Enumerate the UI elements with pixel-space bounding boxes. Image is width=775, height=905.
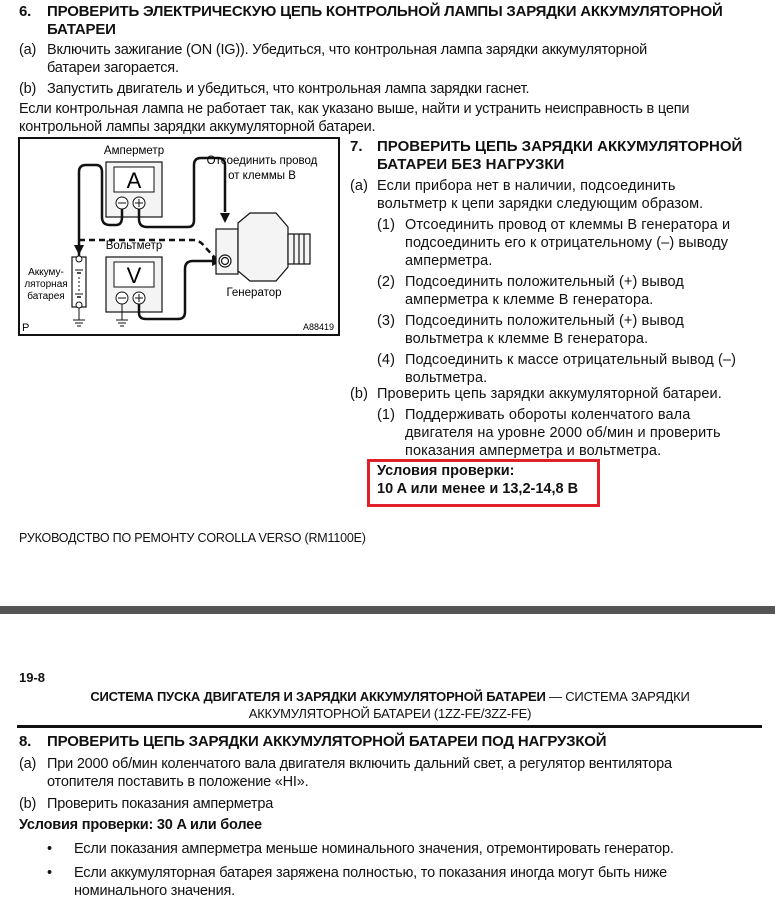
substep-text: показания амперметра и вольтметра. [405, 442, 661, 460]
test-condition-highlight: Условия проверки: 10 A или менее и 13,2-… [367, 459, 600, 507]
svg-text:A88419: A88419 [303, 322, 334, 332]
section-7-step-a-line1: Если прибора нет в наличии, подсоединить [377, 177, 675, 195]
svg-text:A: A [127, 168, 142, 193]
section-6-title-line2: БАТАРЕИ [47, 21, 116, 39]
substep-text: амперметра. [405, 252, 492, 270]
section-6-step-a-tag: (a) [19, 41, 36, 59]
condition-value: 10 A или менее и 13,2-14,8 B [370, 480, 597, 498]
bullet-text: Если аккумуляторная батарея заряжена пол… [74, 864, 667, 882]
section-7-title-line2: БАТАРЕИ БЕЗ НАГРУЗКИ [377, 155, 564, 174]
svg-text:ляторная: ляторная [24, 279, 67, 290]
section-8-step-a-line1: При 2000 об/мин коленчатого вала двигате… [47, 755, 672, 773]
substep-tag: (4) [377, 351, 395, 369]
system-header-rest-1: — СИСТЕМА ЗАРЯДКИ [546, 689, 690, 704]
section-7-step-a-tag: (a) [350, 177, 368, 195]
section-8-step-a-tag: (a) [19, 755, 36, 773]
substep-tag: (3) [377, 312, 395, 330]
page-separator [0, 606, 775, 614]
voltmeter-icon: V [106, 257, 162, 312]
substep-text: Подсоединить положительный (+) вывод [405, 273, 684, 291]
svg-text:Амперметр: Амперметр [104, 145, 164, 157]
section-8-number: 8. [19, 733, 31, 751]
bullet-icon: • [47, 840, 52, 858]
svg-text:Генератор: Генератор [226, 287, 281, 299]
substep-tag: (1) [377, 216, 395, 234]
section-6-step-a-line2: батареи загорается. [47, 59, 179, 77]
manual-footer: РУКОВОДСТВО ПО РЕМОНТУ COROLLA VERSO (RM… [19, 531, 366, 545]
substep-text: Подсоединить положительный (+) вывод [405, 312, 684, 330]
section-8-title: ПРОВЕРИТЬ ЦЕПЬ ЗАРЯДКИ АККУМУЛЯТОРНОЙ БА… [47, 733, 606, 751]
substep-tag: (1) [377, 406, 395, 424]
section-6-note-line1: Если контрольная лампа не работает так, … [19, 100, 689, 118]
substep-text: Поддерживать обороты коленчатого вала [405, 406, 690, 424]
section-7-step-a-line2: вольтметр к цепи зарядки следующим образ… [377, 195, 703, 213]
section-8-step-b: Проверить показания амперметра [47, 795, 273, 813]
ammeter-icon: A [106, 162, 162, 217]
substep-tag: (2) [377, 273, 395, 291]
wiring-diagram: A Амперметр V Вольтметр [18, 137, 340, 336]
section-6-number: 6. [19, 3, 31, 21]
section-6-step-a-line1: Включить зажигание (ON (IG)). Убедиться,… [47, 41, 647, 59]
section-7-step-b: Проверить цепь зарядки аккумуляторной ба… [377, 385, 722, 403]
section-6-title-line1: ПРОВЕРИТЬ ЭЛЕКТРИЧЕСКУЮ ЦЕПЬ КОНТРОЛЬНОЙ… [47, 3, 723, 21]
bullet-text: Если показания амперметра меньше номинал… [74, 840, 674, 858]
system-header: СИСТЕМА ПУСКА ДВИГАТЕЛЯ И ЗАРЯДКИ АККУМУ… [40, 688, 740, 722]
condition-label: Условия проверки: [370, 462, 597, 480]
page-number: 19-8 [19, 670, 45, 685]
section-6-step-b-tag: (b) [19, 80, 36, 98]
battery-icon [72, 256, 86, 308]
svg-text:P: P [22, 322, 29, 334]
svg-text:батарея: батарея [27, 290, 64, 302]
substep-text: Отсоединить провод от клеммы B генератор… [405, 216, 730, 234]
svg-text:Вольтметр: Вольтметр [106, 240, 162, 252]
section-8-step-a-line2: отопителя поставить в положение «HI». [47, 773, 308, 791]
bullet-text: номинального значения. [74, 882, 235, 900]
header-rule [17, 725, 762, 728]
svg-text:Аккуму-: Аккуму- [28, 267, 64, 278]
system-header-rest-2: АККУМУЛЯТОРНОЙ БАТАРЕИ (1ZZ-FE/3ZZ-FE) [40, 705, 740, 722]
system-header-bold: СИСТЕМА ПУСКА ДВИГАТЕЛЯ И ЗАРЯДКИ АККУМУ… [90, 689, 545, 704]
substep-text: Подсоединить к массе отрицательный вывод… [405, 351, 736, 369]
substep-text: двигателя на уровне 2000 об/мин и провер… [405, 424, 721, 442]
bullet-icon: • [47, 864, 52, 882]
svg-text:Отсоединить провод: Отсоединить провод [207, 155, 318, 167]
section-6-step-b: Запустить двигатель и убедиться, что кон… [47, 80, 529, 98]
svg-text:V: V [127, 263, 142, 288]
section-7-title-line1: ПРОВЕРИТЬ ЦЕПЬ ЗАРЯДКИ АККУМУЛЯТОРНОЙ [377, 137, 742, 156]
section-8-step-b-tag: (b) [19, 795, 36, 813]
substep-text: вольтметра к клемме B генератора. [405, 330, 648, 348]
section-7-step-b-tag: (b) [350, 385, 368, 403]
substep-text: подсоединить его к отрицательному (–) вы… [405, 234, 728, 252]
section-6-note-line2: контрольной лампы зарядки аккумуляторной… [19, 118, 375, 136]
substep-text: амперметра к клемме B генератора. [405, 291, 653, 309]
svg-text:от клеммы B: от клеммы B [228, 170, 296, 182]
section-7-number: 7. [350, 137, 363, 156]
section-8-condition: Условия проверки: 30 A или более [19, 816, 262, 834]
